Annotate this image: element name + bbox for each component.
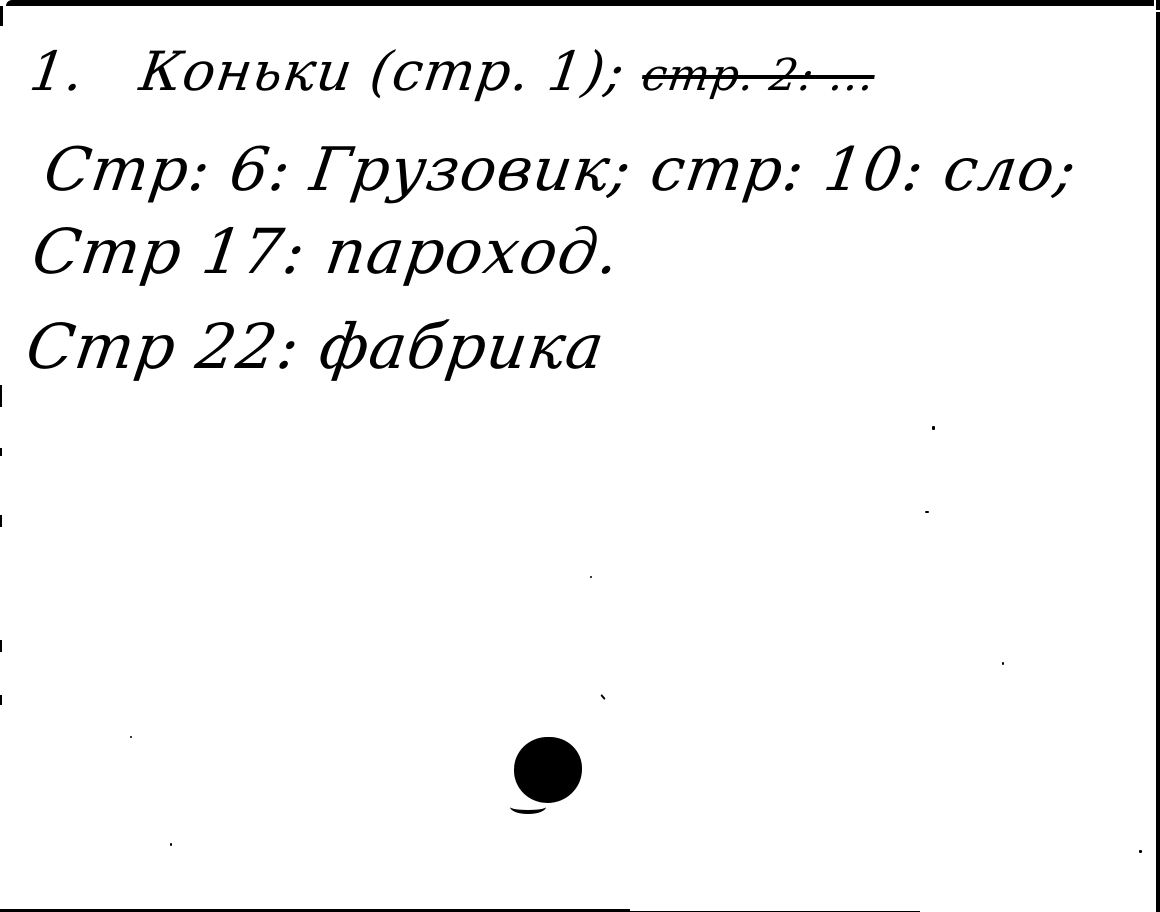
scan-edge-mark: [0, 515, 2, 527]
punch-hole-smudge: [510, 800, 546, 814]
scan-border-right: [1156, 12, 1160, 912]
scan-speck: [932, 426, 935, 430]
card-line-3: Стр 17: пароход.: [28, 215, 625, 288]
entry-text: стр: 10: сло;: [646, 135, 1081, 205]
entry-text: Стр 22: фабрика: [22, 310, 609, 383]
scan-edge-mark: [0, 695, 2, 705]
card-line-1: 1. Коньки (стр. 1); стр. 2: ...: [26, 40, 880, 103]
scan-border-right-top: [1156, 0, 1160, 10]
scan-speck: [170, 843, 172, 846]
scan-border-top: [6, 0, 1154, 6]
entry-text: Коньки (стр. 1);: [136, 40, 629, 103]
struck-entry-text: стр. 2: ...: [639, 50, 878, 101]
scan-edge-mark: [0, 640, 2, 652]
scan-speck: [590, 576, 592, 578]
scan-speck: [130, 736, 132, 738]
scan-speck: [1002, 662, 1004, 665]
card-line-2: Стр: 6: Грузовик; стр: 10: сло;: [40, 135, 1081, 205]
line-number: 1.: [26, 40, 88, 103]
card-line-4: Стр 22: фабрика: [22, 310, 609, 383]
entry-text: Стр: 6: Грузовик;: [40, 135, 636, 205]
entry-text: Стр 17: пароход.: [28, 215, 625, 288]
scan-edge-mark: [0, 448, 2, 456]
punch-hole: [514, 737, 582, 803]
scan-speck: [1139, 850, 1142, 853]
scan-border-left-corner: [0, 6, 3, 26]
scan-edge-mark: [0, 385, 2, 407]
scan-speck: [925, 511, 929, 513]
index-card: 1. Коньки (стр. 1); стр. 2: ... Стр: 6: …: [0, 0, 1160, 912]
scan-speck: [600, 694, 605, 700]
